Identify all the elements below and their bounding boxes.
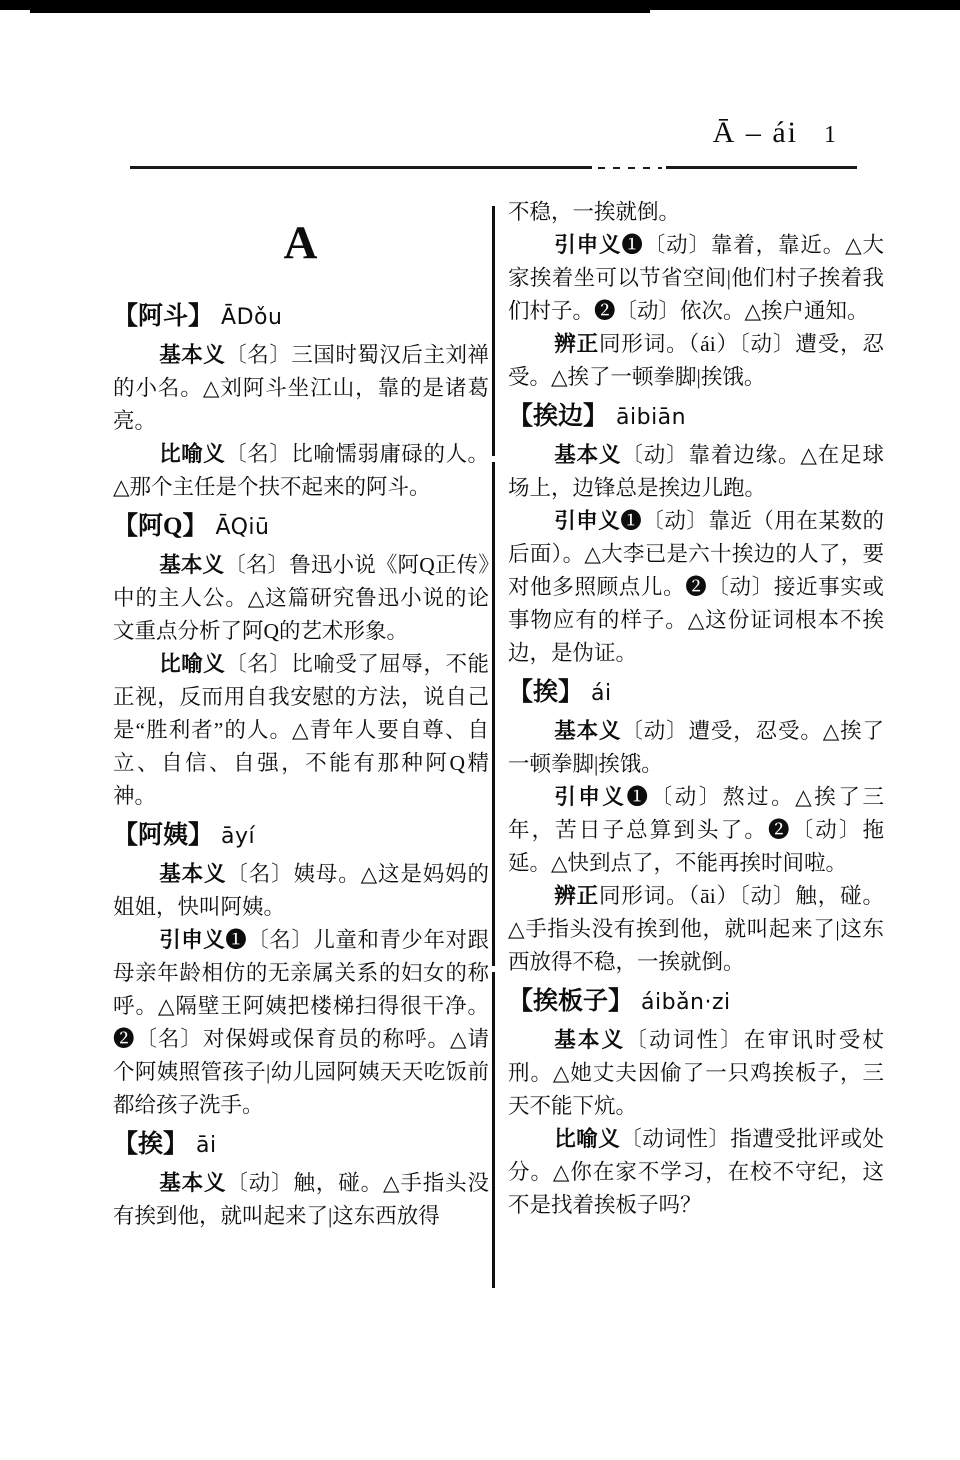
- headword-pinyin: āi: [196, 1133, 217, 1158]
- continuation-paragraph: 不稳，一挨就倒。: [508, 196, 884, 229]
- sense-label: 基本义: [159, 862, 226, 886]
- headword-text: 【挨】: [113, 1131, 188, 1158]
- definition-paragraph: 基本义〔动〕触，碰。△手指头没有挨到他，就叫起来了|这东西放得: [113, 1167, 489, 1233]
- sense-label: 基本义: [159, 553, 224, 577]
- right-column: 不稳，一挨就倒。 引申义❶〔动〕靠着，靠近。△大家挨着坐可以节省空间|他们村子挨…: [508, 196, 884, 1222]
- sense-text: ❶〔名〕儿童和青少年对跟母亲年龄相仿的无亲属关系的妇女的称呼。△隔壁王阿姨把楼梯…: [113, 928, 489, 1117]
- headword-text: 【挨边】: [508, 403, 608, 430]
- sense-label: 引申义: [554, 785, 626, 809]
- sense-label: 基本义: [159, 343, 225, 367]
- entry-headword-adou: 【阿斗】ĀDǒu: [113, 298, 489, 336]
- sense-label: 比喻义: [159, 442, 225, 466]
- headword-pinyin: ái: [591, 681, 612, 706]
- guide-word: Ā – ái: [713, 116, 798, 150]
- definition-paragraph: 比喻义〔动词性〕指遭受批评或处分。△你在家不学习，在校不守纪，这不是找着挨板子吗…: [508, 1123, 884, 1222]
- definition-paragraph: 引申义❶〔名〕儿童和青少年对跟母亲年龄相仿的无亲属关系的妇女的称呼。△隔壁王阿姨…: [113, 924, 489, 1122]
- sense-label: 引申义: [159, 928, 225, 952]
- definition-paragraph: 比喻义〔名〕比喻受了屈辱，不能正视，反而用自我安慰的方法，说自己是“胜利者”的人…: [113, 648, 489, 813]
- sense-label: 比喻义: [159, 652, 225, 676]
- column-divider: [492, 206, 495, 1288]
- definition-paragraph: 辨正同形词。（ái）〔动〕遭受，忍受。△挨了一顿拳脚|挨饿。: [508, 328, 884, 394]
- headword-pinyin: ĀQiū: [215, 515, 269, 540]
- definition-paragraph: 基本义〔动词性〕在审讯时受杖刑。△她丈夫因偷了一只鸡挨板子，三天不能下炕。: [508, 1024, 884, 1123]
- header-rule-segment: [130, 166, 592, 169]
- headword-text: 【阿Q】: [113, 513, 207, 540]
- headword-text: 【挨】: [508, 679, 583, 706]
- sense-label: 基本义: [554, 1028, 625, 1052]
- headword-pinyin: áibǎn·zi: [641, 990, 731, 1015]
- section-letter: A: [113, 218, 489, 270]
- definition-paragraph: 基本义〔动〕靠着边缘。△在足球场上，边锋总是挨边儿跑。: [508, 439, 884, 505]
- headword-text: 【挨板子】: [508, 988, 633, 1015]
- running-head: Ā – ái 1: [0, 116, 836, 150]
- entry-headword-ai-touch: 【挨】āi: [113, 1126, 489, 1164]
- definition-paragraph: 基本义〔名〕姨母。△这是妈妈的姐姐，快叫阿姨。: [113, 858, 489, 924]
- entry-headword-aibian: 【挨边】āibiān: [508, 398, 884, 436]
- headword-text: 【阿姨】: [113, 822, 213, 849]
- headword-text: 【阿斗】: [113, 303, 213, 330]
- entry-headword-ai-suffer: 【挨】ái: [508, 674, 884, 712]
- sense-label: 引申义: [554, 233, 621, 257]
- sense-label: 辨正: [554, 332, 599, 356]
- definition-paragraph: 基本义〔动〕遭受，忍受。△挨了一顿拳脚|挨饿。: [508, 715, 884, 781]
- header-rule-segment: [666, 166, 857, 169]
- scan-artifact-top-bar: [0, 0, 960, 10]
- definition-paragraph: 辨正同形词。（āi）〔动〕触，碰。△手指头没有挨到他，就叫起来了|这东西放得不稳…: [508, 880, 884, 979]
- definition-paragraph: 引申义❶〔动〕靠着，靠近。△大家挨着坐可以节省空间|他们村子挨着我们村子。❷〔动…: [508, 229, 884, 328]
- sense-label: 引申义: [554, 509, 620, 533]
- headword-pinyin: ĀDǒu: [221, 305, 282, 330]
- sense-label: 基本义: [159, 1171, 226, 1195]
- headword-pinyin: āibiān: [616, 405, 686, 430]
- left-column: A 【阿斗】ĀDǒu 基本义〔名〕三国时蜀汉后主刘禅的小名。△刘阿斗坐江山，靠的…: [113, 206, 489, 1233]
- sense-text: 不稳，一挨就倒。: [508, 200, 680, 224]
- sense-label: 基本义: [554, 443, 621, 467]
- header-rule-dashed-segment: [598, 167, 662, 169]
- sense-label: 基本义: [554, 719, 621, 743]
- headword-pinyin: āyí: [221, 824, 255, 849]
- definition-paragraph: 比喻义〔名〕比喻懦弱庸碌的人。△那个主任是个扶不起来的阿斗。: [113, 438, 489, 504]
- sense-label: 比喻义: [554, 1127, 620, 1151]
- definition-paragraph: 引申义❶〔动〕熬过。△挨了三年，苦日子总算到头了。❷〔动〕拖延。△快到点了，不能…: [508, 781, 884, 880]
- definition-paragraph: 引申义❶〔动〕靠近（用在某数的后面）。△大李已是六十挨边的人了，要对他多照顾点儿…: [508, 505, 884, 670]
- entry-headword-ayi: 【阿姨】āyí: [113, 817, 489, 855]
- definition-paragraph: 基本义〔名〕三国时蜀汉后主刘禅的小名。△刘阿斗坐江山，靠的是诸葛亮。: [113, 339, 489, 438]
- page-number: 1: [824, 122, 836, 149]
- sense-label: 辨正: [554, 884, 599, 908]
- definition-paragraph: 基本义〔名〕鲁迅小说《阿Q正传》中的主人公。△这篇研究鲁迅小说的论文重点分析了阿…: [113, 549, 489, 648]
- entry-headword-aibanzi: 【挨板子】áibǎn·zi: [508, 983, 884, 1021]
- entry-headword-aq: 【阿Q】ĀQiū: [113, 508, 489, 546]
